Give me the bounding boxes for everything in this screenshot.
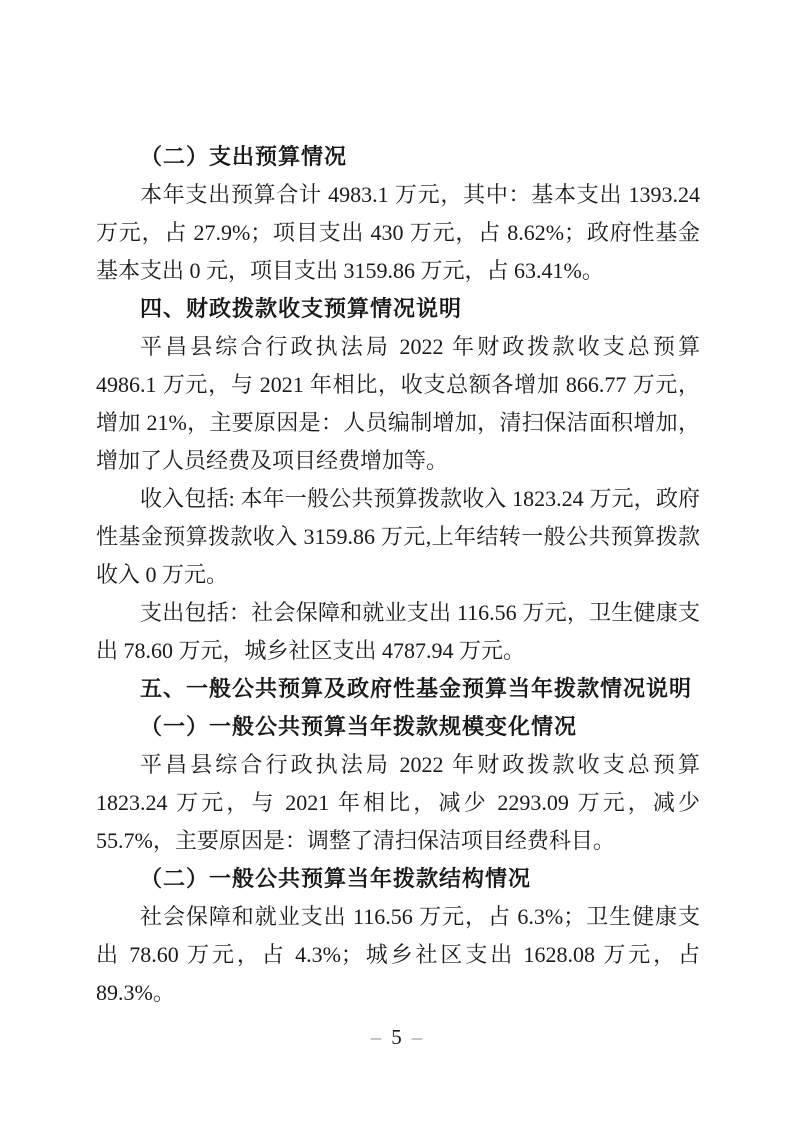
paragraph-fiscal-total-budget: 平昌县综合行政执法局 2022 年财政拨款收支总预算 4986.1 万元，与 2… [96,328,700,480]
paragraph-expenditure-summary: 本年支出预算合计 4983.1 万元，其中：基本支出 1393.24 万元，占 … [96,176,700,290]
heading-fiscal-appropriation-explanation: 四、财政拨款收支预算情况说明 [96,290,700,328]
page-footer: –5– [0,1018,793,1056]
document-page: （二）支出预算情况 本年支出预算合计 4983.1 万元，其中：基本支出 139… [0,0,793,1122]
content-area: （二）支出预算情况 本年支出预算合计 4983.1 万元，其中：基本支出 139… [96,138,700,1012]
paragraph-income-includes: 收入包括: 本年一般公共预算拨款收入 1823.24 万元，政府性基金预算拨款收… [96,480,700,594]
paragraph-scale-change-detail: 平昌县综合行政执法局 2022 年财政拨款收支总预算 1823.24 万元，与 … [96,746,700,860]
paragraph-structure-detail: 社会保障和就业支出 116.56 万元，占 6.3%；卫生健康支出 78.60 … [96,898,700,1012]
subheading-appropriation-structure: （二）一般公共预算当年拨款结构情况 [96,860,700,898]
heading-general-budget-gov-fund-explanation: 五、一般公共预算及政府性基金预算当年拨款情况说明 [96,670,700,708]
paragraph-expenditure-includes: 支出包括：社会保障和就业支出 116.56 万元，卫生健康支出 78.60 万元… [96,594,700,670]
subheading-appropriation-scale-change: （一）一般公共预算当年拨款规模变化情况 [96,708,700,746]
subheading-expenditure-budget: （二）支出预算情况 [96,138,700,176]
footer-dash-right: – [402,1025,433,1049]
footer-dash-left: – [361,1025,392,1049]
page-number: 5 [391,1025,402,1049]
